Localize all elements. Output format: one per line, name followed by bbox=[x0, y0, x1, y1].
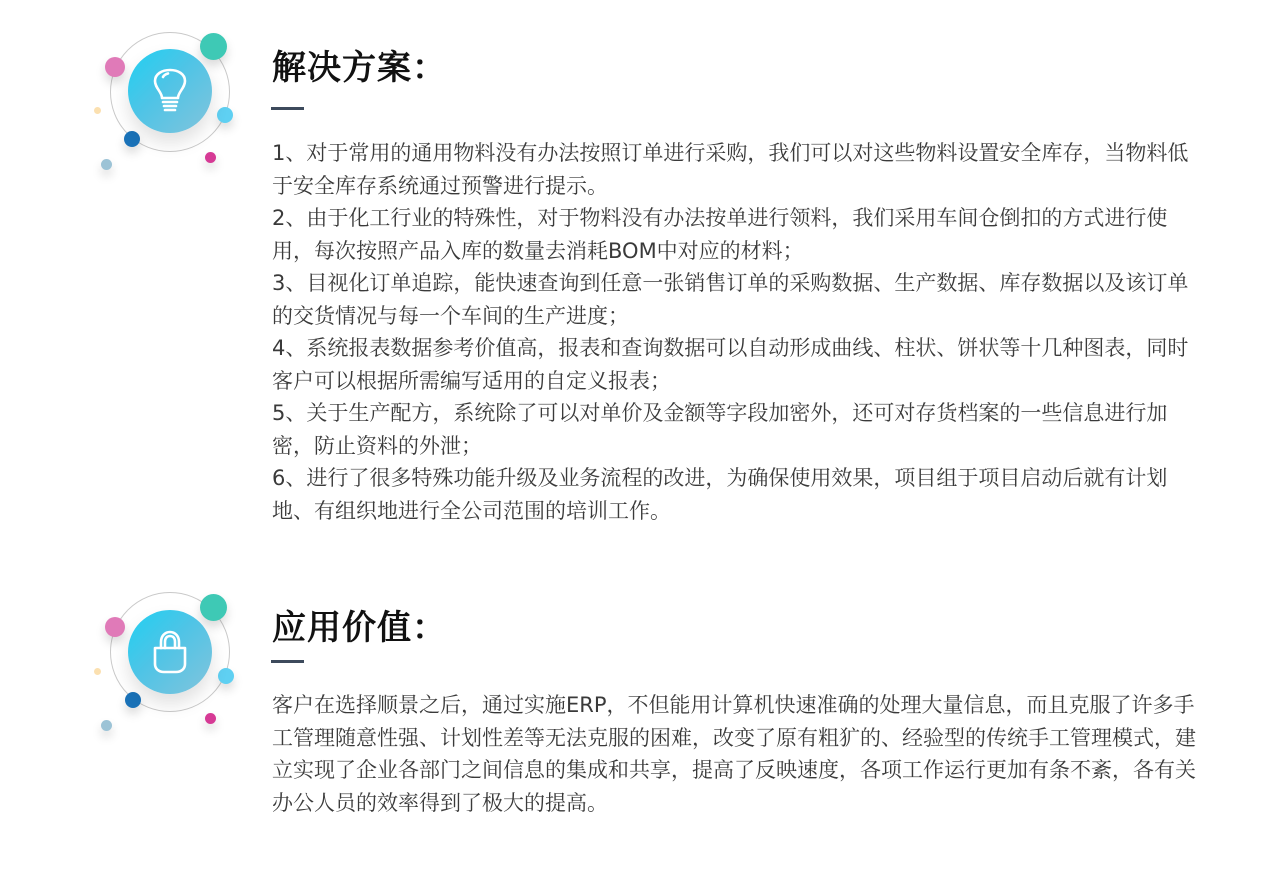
peach-dot-decoration bbox=[94, 668, 101, 675]
teal-dot-decoration bbox=[200, 33, 227, 60]
peach-dot-decoration bbox=[94, 107, 101, 114]
padlock-icon bbox=[151, 630, 189, 674]
magenta-dot-decoration bbox=[205, 713, 216, 724]
value-paragraph-container: 客户在选择顺景之后，通过实施ERP，不但能用计算机快速准确的处理大量信息，而且克… bbox=[272, 689, 1207, 819]
pink-dot-decoration bbox=[105, 57, 125, 77]
navy-dot-decoration bbox=[125, 692, 141, 708]
gray-blue-dot-decoration bbox=[101, 159, 112, 170]
value-heading: 应用价值： bbox=[272, 608, 447, 648]
lightbulb-icon bbox=[151, 68, 189, 114]
solution-list: 1、对于常用的通用物料没有办法按照订单进行采购，我们可以对这些物料设置安全库存，… bbox=[272, 137, 1202, 527]
value-paragraph: 客户在选择顺景之后，通过实施ERP，不但能用计算机快速准确的处理大量信息，而且克… bbox=[272, 689, 1207, 819]
solution-item: 2、由于化工行业的特殊性，对于物料没有办法按单进行领料，我们采用车间仓倒扣的方式… bbox=[272, 202, 1202, 267]
gray-blue-dot-decoration bbox=[101, 720, 112, 731]
solution-item: 5、关于生产配方，系统除了可以对单价及金额等字段加密外，还可对存货档案的一些信息… bbox=[272, 397, 1202, 462]
heading-accent-line bbox=[271, 660, 304, 663]
pink-dot-decoration bbox=[105, 617, 125, 637]
magenta-dot-decoration bbox=[205, 152, 216, 163]
lightbulb-badge bbox=[128, 49, 212, 133]
light-blue-dot-decoration bbox=[218, 668, 234, 684]
solution-item: 1、对于常用的通用物料没有办法按照订单进行采购，我们可以对这些物料设置安全库存，… bbox=[272, 137, 1202, 202]
solution-item: 4、系统报表数据参考价值高，报表和查询数据可以自动形成曲线、柱状、饼状等十几种图… bbox=[272, 332, 1202, 397]
padlock-badge bbox=[128, 610, 212, 694]
solution-item: 6、进行了很多特殊功能升级及业务流程的改进，为确保使用效果，项目组于项目启动后就… bbox=[272, 462, 1202, 527]
heading-accent-line bbox=[271, 107, 304, 110]
solution-heading: 解决方案： bbox=[272, 48, 447, 88]
solution-emblem bbox=[80, 20, 260, 190]
light-blue-dot-decoration bbox=[217, 107, 233, 123]
teal-dot-decoration bbox=[200, 594, 227, 621]
value-emblem bbox=[80, 580, 260, 750]
solution-item: 3、目视化订单追踪，能快速查询到任意一张销售订单的采购数据、生产数据、库存数据以… bbox=[272, 267, 1202, 332]
navy-dot-decoration bbox=[124, 131, 140, 147]
